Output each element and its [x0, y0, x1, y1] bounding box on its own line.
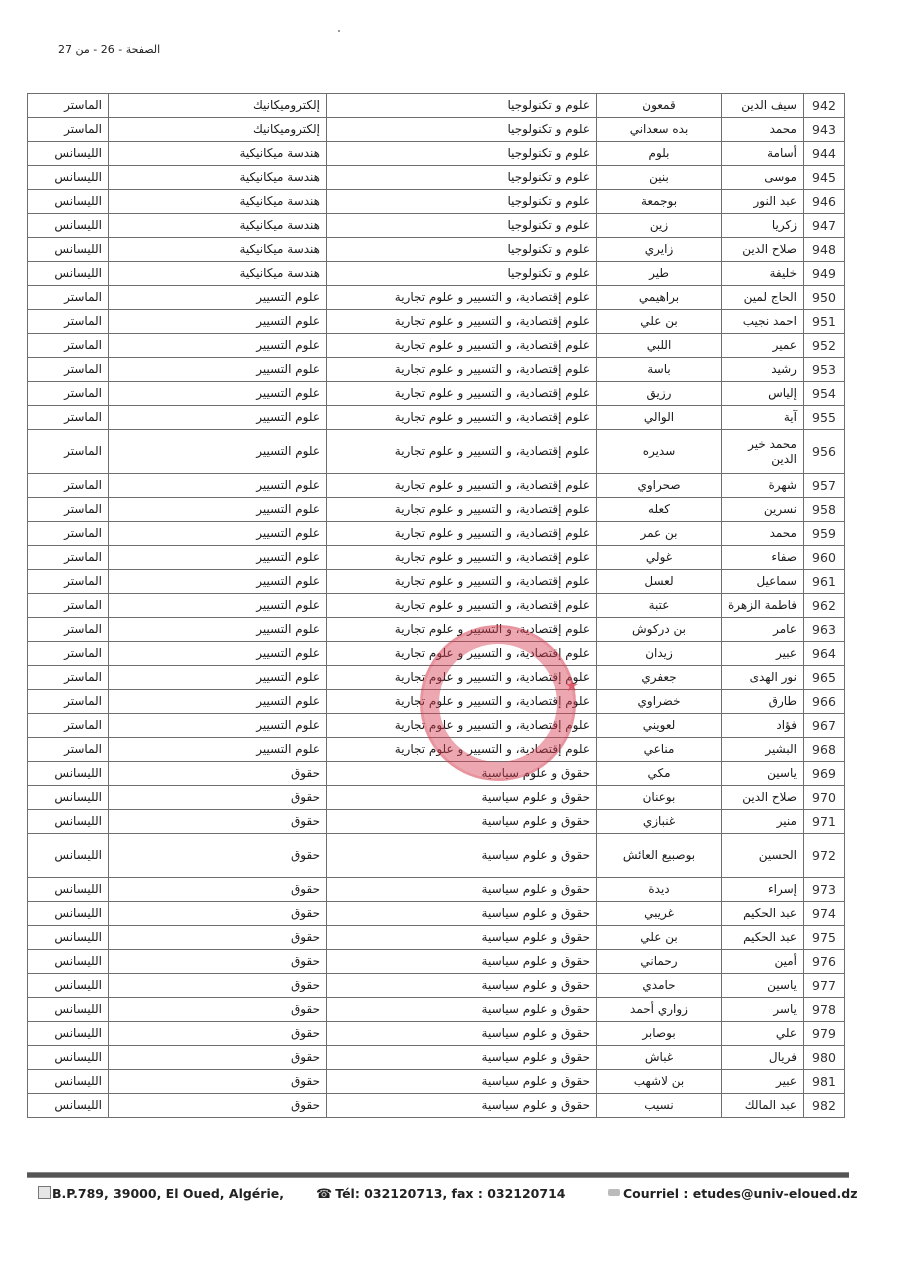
- row-number-cell: 951: [803, 310, 844, 334]
- last-name-cell: مناعي: [597, 738, 722, 762]
- specialty-cell: حقوق: [109, 998, 327, 1022]
- row-number-cell: 952: [803, 334, 844, 358]
- row-number-cell: 957: [803, 474, 844, 498]
- field-of-study-cell: حقوق و علوم سياسية: [327, 998, 597, 1022]
- degree-cell: الماستر: [28, 358, 109, 382]
- field-of-study-cell: علوم و تكنولوجيا: [327, 238, 597, 262]
- degree-cell: الماستر: [28, 570, 109, 594]
- first-name-cell: صفاء: [722, 546, 804, 570]
- row-number-cell: 962: [803, 594, 844, 618]
- degree-cell: الليسانس: [28, 262, 109, 286]
- table-row: 974عبد الحكيمغريبيحقوق و علوم سياسيةحقوق…: [28, 902, 845, 926]
- first-name-cell: فريال: [722, 1046, 804, 1070]
- table-row: 976أمينرحمانيحقوق و علوم سياسيةحقوقالليس…: [28, 950, 845, 974]
- specialty-cell: حقوق: [109, 974, 327, 998]
- row-number-cell: 972: [803, 834, 844, 878]
- first-name-cell: طارق: [722, 690, 804, 714]
- first-name-cell: نور الهدى: [722, 666, 804, 690]
- table-row: 981عبيربن لاشهبحقوق و علوم سياسيةحقوقالل…: [28, 1070, 845, 1094]
- row-number-cell: 953: [803, 358, 844, 382]
- row-number-cell: 981: [803, 1070, 844, 1094]
- last-name-cell: لعويني: [597, 714, 722, 738]
- first-name-cell: علي: [722, 1022, 804, 1046]
- degree-cell: الماستر: [28, 618, 109, 642]
- row-number-cell: 980: [803, 1046, 844, 1070]
- footer-divider: [27, 1172, 849, 1178]
- specialty-cell: هندسة ميكانيكية: [109, 166, 327, 190]
- specialty-cell: حقوق: [109, 878, 327, 902]
- table-row: 969ياسينمكيحقوق و علوم سياسيةحقوقالليسان…: [28, 762, 845, 786]
- row-number-cell: 965: [803, 666, 844, 690]
- last-name-cell: جعفري: [597, 666, 722, 690]
- first-name-cell: صلاح الدين: [722, 786, 804, 810]
- last-name-cell: اللبي: [597, 334, 722, 358]
- row-number-cell: 973: [803, 878, 844, 902]
- last-name-cell: زيدان: [597, 642, 722, 666]
- field-of-study-cell: علوم إقتصادية، و التسيير و علوم تجارية: [327, 286, 597, 310]
- row-number-cell: 968: [803, 738, 844, 762]
- table-row: 960صفاءغوليعلوم إقتصادية، و التسيير و عل…: [28, 546, 845, 570]
- field-of-study-cell: علوم إقتصادية، و التسيير و علوم تجارية: [327, 334, 597, 358]
- field-of-study-cell: حقوق و علوم سياسية: [327, 786, 597, 810]
- last-name-cell: قمعون: [597, 94, 722, 118]
- table-row: 958نسرينكعلهعلوم إقتصادية، و التسيير و ع…: [28, 498, 845, 522]
- row-number-cell: 964: [803, 642, 844, 666]
- specialty-cell: هندسة ميكانيكية: [109, 190, 327, 214]
- specialty-cell: علوم التسيير: [109, 690, 327, 714]
- row-number-cell: 974: [803, 902, 844, 926]
- last-name-cell: نسيب: [597, 1094, 722, 1118]
- roster-body: 942سيف الدينقمعونعلوم و تكنولوجياإلكتروم…: [28, 94, 845, 1118]
- field-of-study-cell: علوم إقتصادية، و التسيير و علوم تجارية: [327, 430, 597, 474]
- row-number-cell: 958: [803, 498, 844, 522]
- degree-cell: الليسانس: [28, 1046, 109, 1070]
- row-number-cell: 967: [803, 714, 844, 738]
- last-name-cell: زواري أحمد: [597, 998, 722, 1022]
- degree-cell: الماستر: [28, 714, 109, 738]
- first-name-cell: أمين: [722, 950, 804, 974]
- table-row: 971منيرغنبازيحقوق و علوم سياسيةحقوقالليس…: [28, 810, 845, 834]
- row-number-cell: 966: [803, 690, 844, 714]
- degree-cell: الليسانس: [28, 834, 109, 878]
- degree-cell: الماستر: [28, 594, 109, 618]
- degree-cell: الماستر: [28, 94, 109, 118]
- degree-cell: الليسانس: [28, 810, 109, 834]
- field-of-study-cell: علوم إقتصادية، و التسيير و علوم تجارية: [327, 310, 597, 334]
- degree-cell: الماستر: [28, 738, 109, 762]
- degree-cell: الليسانس: [28, 786, 109, 810]
- last-name-cell: رزيق: [597, 382, 722, 406]
- table-row: 959محمدبن عمرعلوم إقتصادية، و التسيير و …: [28, 522, 845, 546]
- row-number-cell: 977: [803, 974, 844, 998]
- last-name-cell: غباش: [597, 1046, 722, 1070]
- first-name-cell: عبد الحكيم: [722, 902, 804, 926]
- first-name-cell: البشير: [722, 738, 804, 762]
- table-row: 973إسراءديدةحقوق و علوم سياسيةحقوقالليسا…: [28, 878, 845, 902]
- specialty-cell: حقوق: [109, 1046, 327, 1070]
- field-of-study-cell: علوم إقتصادية، و التسيير و علوم تجارية: [327, 546, 597, 570]
- phone-icon: ☎: [316, 1187, 332, 1202]
- specialty-cell: علوم التسيير: [109, 430, 327, 474]
- degree-cell: الماستر: [28, 546, 109, 570]
- last-name-cell: خضراوي: [597, 690, 722, 714]
- specialty-cell: حقوق: [109, 1094, 327, 1118]
- specialty-cell: علوم التسيير: [109, 310, 327, 334]
- table-row: 951احمد نجيببن عليعلوم إقتصادية، و التسي…: [28, 310, 845, 334]
- last-name-cell: غنبازي: [597, 810, 722, 834]
- first-name-cell: سماعيل: [722, 570, 804, 594]
- footer-email: Courriel : etudes@univ-eloued.dz: [608, 1186, 858, 1201]
- last-name-cell: بن دركوش: [597, 618, 722, 642]
- degree-cell: الليسانس: [28, 1070, 109, 1094]
- field-of-study-cell: حقوق و علوم سياسية: [327, 762, 597, 786]
- specialty-cell: علوم التسيير: [109, 498, 327, 522]
- degree-cell: الليسانس: [28, 1094, 109, 1118]
- table-row: 947زكريازينعلوم و تكنولوجياهندسة ميكانيك…: [28, 214, 845, 238]
- specialty-cell: علوم التسيير: [109, 286, 327, 310]
- table-row: 975عبد الحكيمبن عليحقوق و علوم سياسيةحقو…: [28, 926, 845, 950]
- email-text: Courriel : etudes@univ-eloued.dz: [623, 1186, 858, 1201]
- last-name-cell: صحراوي: [597, 474, 722, 498]
- specialty-cell: حقوق: [109, 950, 327, 974]
- last-name-cell: باسة: [597, 358, 722, 382]
- degree-cell: الماستر: [28, 498, 109, 522]
- footer-phone: ☎Tél: 032120713, fax : 032120714: [316, 1186, 565, 1202]
- degree-cell: الليسانس: [28, 998, 109, 1022]
- table-row: 943محمدبده سعدانيعلوم و تكنولوجياإلكتروم…: [28, 118, 845, 142]
- degree-cell: الماستر: [28, 334, 109, 358]
- first-name-cell: آية: [722, 406, 804, 430]
- row-number-cell: 943: [803, 118, 844, 142]
- row-number-cell: 954: [803, 382, 844, 406]
- specialty-cell: علوم التسيير: [109, 570, 327, 594]
- row-number-cell: 955: [803, 406, 844, 430]
- phone-text: Tél: 032120713, fax : 032120714: [335, 1186, 565, 1201]
- table-row: 957شهرةصحراويعلوم إقتصادية، و التسيير و …: [28, 474, 845, 498]
- last-name-cell: بوصابر: [597, 1022, 722, 1046]
- row-number-cell: 946: [803, 190, 844, 214]
- table-row: 950الحاج لمينبراهيميعلوم إقتصادية، و الت…: [28, 286, 845, 310]
- degree-cell: الليسانس: [28, 142, 109, 166]
- table-row: 980فريالغباشحقوق و علوم سياسيةحقوقالليسا…: [28, 1046, 845, 1070]
- row-number-cell: 942: [803, 94, 844, 118]
- field-of-study-cell: علوم و تكنولوجيا: [327, 142, 597, 166]
- degree-cell: الماستر: [28, 430, 109, 474]
- last-name-cell: حامدي: [597, 974, 722, 998]
- first-name-cell: رشيد: [722, 358, 804, 382]
- table-row: 946عبد النوربوجمعةعلوم و تكنولوجياهندسة …: [28, 190, 845, 214]
- field-of-study-cell: علوم إقتصادية، و التسيير و علوم تجارية: [327, 618, 597, 642]
- specialty-cell: علوم التسيير: [109, 618, 327, 642]
- field-of-study-cell: علوم إقتصادية، و التسيير و علوم تجارية: [327, 666, 597, 690]
- table-row: 961سماعيللعسلعلوم إقتصادية، و التسيير و …: [28, 570, 845, 594]
- row-number-cell: 950: [803, 286, 844, 310]
- last-name-cell: بن عمر: [597, 522, 722, 546]
- first-name-cell: إلياس: [722, 382, 804, 406]
- last-name-cell: بوعنان: [597, 786, 722, 810]
- table-row: 979عليبوصابرحقوق و علوم سياسيةحقوقالليسا…: [28, 1022, 845, 1046]
- scan-speck: [338, 30, 340, 32]
- footer-address: B.P.789, 39000, El Oued, Algérie,: [38, 1186, 284, 1201]
- table-row: 949خليفةطيرعلوم و تكنولوجياهندسة ميكانيك…: [28, 262, 845, 286]
- field-of-study-cell: علوم إقتصادية، و التسيير و علوم تجارية: [327, 738, 597, 762]
- field-of-study-cell: علوم إقتصادية، و التسيير و علوم تجارية: [327, 474, 597, 498]
- specialty-cell: علوم التسيير: [109, 738, 327, 762]
- table-row: 982عبد المالكنسيبحقوق و علوم سياسيةحقوقا…: [28, 1094, 845, 1118]
- last-name-cell: بوجمعة: [597, 190, 722, 214]
- degree-cell: الليسانس: [28, 926, 109, 950]
- field-of-study-cell: علوم إقتصادية، و التسيير و علوم تجارية: [327, 642, 597, 666]
- last-name-cell: غريبي: [597, 902, 722, 926]
- degree-cell: الليسانس: [28, 878, 109, 902]
- field-of-study-cell: حقوق و علوم سياسية: [327, 1070, 597, 1094]
- specialty-cell: هندسة ميكانيكية: [109, 214, 327, 238]
- table-row: 966طارقخضراويعلوم إقتصادية، و التسيير و …: [28, 690, 845, 714]
- specialty-cell: حقوق: [109, 786, 327, 810]
- field-of-study-cell: حقوق و علوم سياسية: [327, 902, 597, 926]
- first-name-cell: إسراء: [722, 878, 804, 902]
- last-name-cell: بوصبيع العائش: [597, 834, 722, 878]
- field-of-study-cell: حقوق و علوم سياسية: [327, 974, 597, 998]
- last-name-cell: زين: [597, 214, 722, 238]
- field-of-study-cell: حقوق و علوم سياسية: [327, 950, 597, 974]
- field-of-study-cell: علوم و تكنولوجيا: [327, 214, 597, 238]
- table-row: 970صلاح الدينبوعنانحقوق و علوم سياسيةحقو…: [28, 786, 845, 810]
- specialty-cell: حقوق: [109, 926, 327, 950]
- first-name-cell: زكريا: [722, 214, 804, 238]
- field-of-study-cell: علوم و تكنولوجيا: [327, 262, 597, 286]
- specialty-cell: حقوق: [109, 810, 327, 834]
- degree-cell: الماستر: [28, 642, 109, 666]
- degree-cell: الليسانس: [28, 214, 109, 238]
- first-name-cell: فاطمة الزهرة: [722, 594, 804, 618]
- field-of-study-cell: علوم إقتصادية، و التسيير و علوم تجارية: [327, 714, 597, 738]
- degree-cell: الماستر: [28, 382, 109, 406]
- table-row: 956محمد خير الدينسديرهعلوم إقتصادية، و ا…: [28, 430, 845, 474]
- row-number-cell: 963: [803, 618, 844, 642]
- degree-cell: الليسانس: [28, 950, 109, 974]
- box-icon: [38, 1186, 51, 1199]
- field-of-study-cell: حقوق و علوم سياسية: [327, 926, 597, 950]
- last-name-cell: بن علي: [597, 310, 722, 334]
- first-name-cell: احمد نجيب: [722, 310, 804, 334]
- row-number-cell: 945: [803, 166, 844, 190]
- first-name-cell: الحاج لمين: [722, 286, 804, 310]
- last-name-cell: كعله: [597, 498, 722, 522]
- specialty-cell: علوم التسيير: [109, 642, 327, 666]
- table-row: 965نور الهدىجعفريعلوم إقتصادية، و التسيي…: [28, 666, 845, 690]
- table-row: 945موسىبنينعلوم و تكنولوجياهندسة ميكانيك…: [28, 166, 845, 190]
- field-of-study-cell: علوم إقتصادية، و التسيير و علوم تجارية: [327, 498, 597, 522]
- field-of-study-cell: علوم و تكنولوجيا: [327, 94, 597, 118]
- page-indicator: الصفحة - 26 - من 27: [58, 43, 160, 56]
- mail-icon: [608, 1189, 620, 1196]
- field-of-study-cell: علوم إقتصادية، و التسيير و علوم تجارية: [327, 570, 597, 594]
- field-of-study-cell: علوم إقتصادية، و التسيير و علوم تجارية: [327, 690, 597, 714]
- last-name-cell: غولي: [597, 546, 722, 570]
- field-of-study-cell: حقوق و علوم سياسية: [327, 1046, 597, 1070]
- last-name-cell: بن لاشهب: [597, 1070, 722, 1094]
- degree-cell: الماستر: [28, 666, 109, 690]
- specialty-cell: إلكتروميكانيك: [109, 94, 327, 118]
- degree-cell: الليسانس: [28, 238, 109, 262]
- table-row: 952عميراللبيعلوم إقتصادية، و التسيير و ع…: [28, 334, 845, 358]
- specialty-cell: هندسة ميكانيكية: [109, 262, 327, 286]
- specialty-cell: حقوق: [109, 834, 327, 878]
- row-number-cell: 960: [803, 546, 844, 570]
- specialty-cell: هندسة ميكانيكية: [109, 142, 327, 166]
- row-number-cell: 948: [803, 238, 844, 262]
- field-of-study-cell: علوم إقتصادية، و التسيير و علوم تجارية: [327, 358, 597, 382]
- field-of-study-cell: علوم إقتصادية، و التسيير و علوم تجارية: [327, 522, 597, 546]
- degree-cell: الماستر: [28, 286, 109, 310]
- table-row: 978ياسرزواري أحمدحقوق و علوم سياسيةحقوقا…: [28, 998, 845, 1022]
- address-text: B.P.789, 39000, El Oued, Algérie,: [52, 1186, 284, 1201]
- row-number-cell: 979: [803, 1022, 844, 1046]
- first-name-cell: ياسر: [722, 998, 804, 1022]
- specialty-cell: علوم التسيير: [109, 546, 327, 570]
- field-of-study-cell: حقوق و علوم سياسية: [327, 810, 597, 834]
- field-of-study-cell: علوم و تكنولوجيا: [327, 166, 597, 190]
- table-row: 977ياسينحامديحقوق و علوم سياسيةحقوقالليس…: [28, 974, 845, 998]
- specialty-cell: إلكتروميكانيك: [109, 118, 327, 142]
- degree-cell: الماستر: [28, 690, 109, 714]
- first-name-cell: محمد خير الدين: [722, 430, 804, 474]
- first-name-cell: محمد: [722, 522, 804, 546]
- last-name-cell: عتبة: [597, 594, 722, 618]
- specialty-cell: حقوق: [109, 762, 327, 786]
- table-row: 962فاطمة الزهرةعتبةعلوم إقتصادية، و التس…: [28, 594, 845, 618]
- first-name-cell: نسرين: [722, 498, 804, 522]
- row-number-cell: 956: [803, 430, 844, 474]
- field-of-study-cell: حقوق و علوم سياسية: [327, 1094, 597, 1118]
- row-number-cell: 947: [803, 214, 844, 238]
- first-name-cell: عمير: [722, 334, 804, 358]
- first-name-cell: خليفة: [722, 262, 804, 286]
- degree-cell: الماستر: [28, 522, 109, 546]
- last-name-cell: بن علي: [597, 926, 722, 950]
- last-name-cell: ديدة: [597, 878, 722, 902]
- specialty-cell: حقوق: [109, 902, 327, 926]
- field-of-study-cell: علوم و تكنولوجيا: [327, 118, 597, 142]
- last-name-cell: سديره: [597, 430, 722, 474]
- first-name-cell: عبد النور: [722, 190, 804, 214]
- degree-cell: الليسانس: [28, 166, 109, 190]
- first-name-cell: الحسين: [722, 834, 804, 878]
- table-row: 953رشيدباسةعلوم إقتصادية، و التسيير و عل…: [28, 358, 845, 382]
- field-of-study-cell: علوم و تكنولوجيا: [327, 190, 597, 214]
- table-row: 968البشيرمناعيعلوم إقتصادية، و التسيير و…: [28, 738, 845, 762]
- last-name-cell: بلوم: [597, 142, 722, 166]
- row-number-cell: 959: [803, 522, 844, 546]
- degree-cell: الليسانس: [28, 902, 109, 926]
- first-name-cell: عبد الحكيم: [722, 926, 804, 950]
- specialty-cell: حقوق: [109, 1070, 327, 1094]
- first-name-cell: شهرة: [722, 474, 804, 498]
- row-number-cell: 944: [803, 142, 844, 166]
- specialty-cell: علوم التسيير: [109, 666, 327, 690]
- first-name-cell: موسى: [722, 166, 804, 190]
- specialty-cell: علوم التسيير: [109, 358, 327, 382]
- degree-cell: الليسانس: [28, 762, 109, 786]
- specialty-cell: علوم التسيير: [109, 714, 327, 738]
- field-of-study-cell: حقوق و علوم سياسية: [327, 878, 597, 902]
- degree-cell: الليسانس: [28, 974, 109, 998]
- last-name-cell: زايري: [597, 238, 722, 262]
- field-of-study-cell: حقوق و علوم سياسية: [327, 1022, 597, 1046]
- degree-cell: الليسانس: [28, 190, 109, 214]
- first-name-cell: فؤاد: [722, 714, 804, 738]
- row-number-cell: 961: [803, 570, 844, 594]
- row-number-cell: 975: [803, 926, 844, 950]
- field-of-study-cell: حقوق و علوم سياسية: [327, 834, 597, 878]
- specialty-cell: علوم التسيير: [109, 382, 327, 406]
- specialty-cell: علوم التسيير: [109, 522, 327, 546]
- last-name-cell: طير: [597, 262, 722, 286]
- last-name-cell: بنين: [597, 166, 722, 190]
- table-row: 942سيف الدينقمعونعلوم و تكنولوجياإلكتروم…: [28, 94, 845, 118]
- student-roster-table: 942سيف الدينقمعونعلوم و تكنولوجياإلكتروم…: [27, 93, 845, 1118]
- row-number-cell: 982: [803, 1094, 844, 1118]
- last-name-cell: بده سعداني: [597, 118, 722, 142]
- first-name-cell: عبد المالك: [722, 1094, 804, 1118]
- first-name-cell: صلاح الدين: [722, 238, 804, 262]
- first-name-cell: عبير: [722, 1070, 804, 1094]
- table-row: 954إلياسرزيقعلوم إقتصادية، و التسيير و ع…: [28, 382, 845, 406]
- row-number-cell: 971: [803, 810, 844, 834]
- table-row: 967فؤادلعوينيعلوم إقتصادية، و التسيير و …: [28, 714, 845, 738]
- table-row: 955آيةالواليعلوم إقتصادية، و التسيير و ع…: [28, 406, 845, 430]
- table-row: 972الحسينبوصبيع العائشحقوق و علوم سياسية…: [28, 834, 845, 878]
- row-number-cell: 969: [803, 762, 844, 786]
- last-name-cell: لعسل: [597, 570, 722, 594]
- specialty-cell: حقوق: [109, 1022, 327, 1046]
- table-row: 948صلاح الدينزايريعلوم و تكنولوجياهندسة …: [28, 238, 845, 262]
- last-name-cell: الوالي: [597, 406, 722, 430]
- field-of-study-cell: علوم إقتصادية، و التسيير و علوم تجارية: [327, 382, 597, 406]
- first-name-cell: ياسين: [722, 974, 804, 998]
- degree-cell: الماستر: [28, 474, 109, 498]
- last-name-cell: رحماني: [597, 950, 722, 974]
- first-name-cell: عامر: [722, 618, 804, 642]
- degree-cell: الماستر: [28, 406, 109, 430]
- row-number-cell: 970: [803, 786, 844, 810]
- row-number-cell: 976: [803, 950, 844, 974]
- degree-cell: الليسانس: [28, 1022, 109, 1046]
- degree-cell: الماستر: [28, 118, 109, 142]
- first-name-cell: محمد: [722, 118, 804, 142]
- last-name-cell: براهيمي: [597, 286, 722, 310]
- table-row: 964عبيرزيدانعلوم إقتصادية، و التسيير و ع…: [28, 642, 845, 666]
- first-name-cell: أسامة: [722, 142, 804, 166]
- row-number-cell: 978: [803, 998, 844, 1022]
- first-name-cell: عبير: [722, 642, 804, 666]
- specialty-cell: علوم التسيير: [109, 334, 327, 358]
- field-of-study-cell: علوم إقتصادية، و التسيير و علوم تجارية: [327, 406, 597, 430]
- last-name-cell: مكي: [597, 762, 722, 786]
- row-number-cell: 949: [803, 262, 844, 286]
- specialty-cell: علوم التسيير: [109, 594, 327, 618]
- degree-cell: الماستر: [28, 310, 109, 334]
- specialty-cell: علوم التسيير: [109, 474, 327, 498]
- first-name-cell: منير: [722, 810, 804, 834]
- specialty-cell: علوم التسيير: [109, 406, 327, 430]
- field-of-study-cell: علوم إقتصادية، و التسيير و علوم تجارية: [327, 594, 597, 618]
- table-row: 944أسامةبلومعلوم و تكنولوجياهندسة ميكاني…: [28, 142, 845, 166]
- table-row: 963عامربن دركوشعلوم إقتصادية، و التسيير …: [28, 618, 845, 642]
- first-name-cell: ياسين: [722, 762, 804, 786]
- first-name-cell: سيف الدين: [722, 94, 804, 118]
